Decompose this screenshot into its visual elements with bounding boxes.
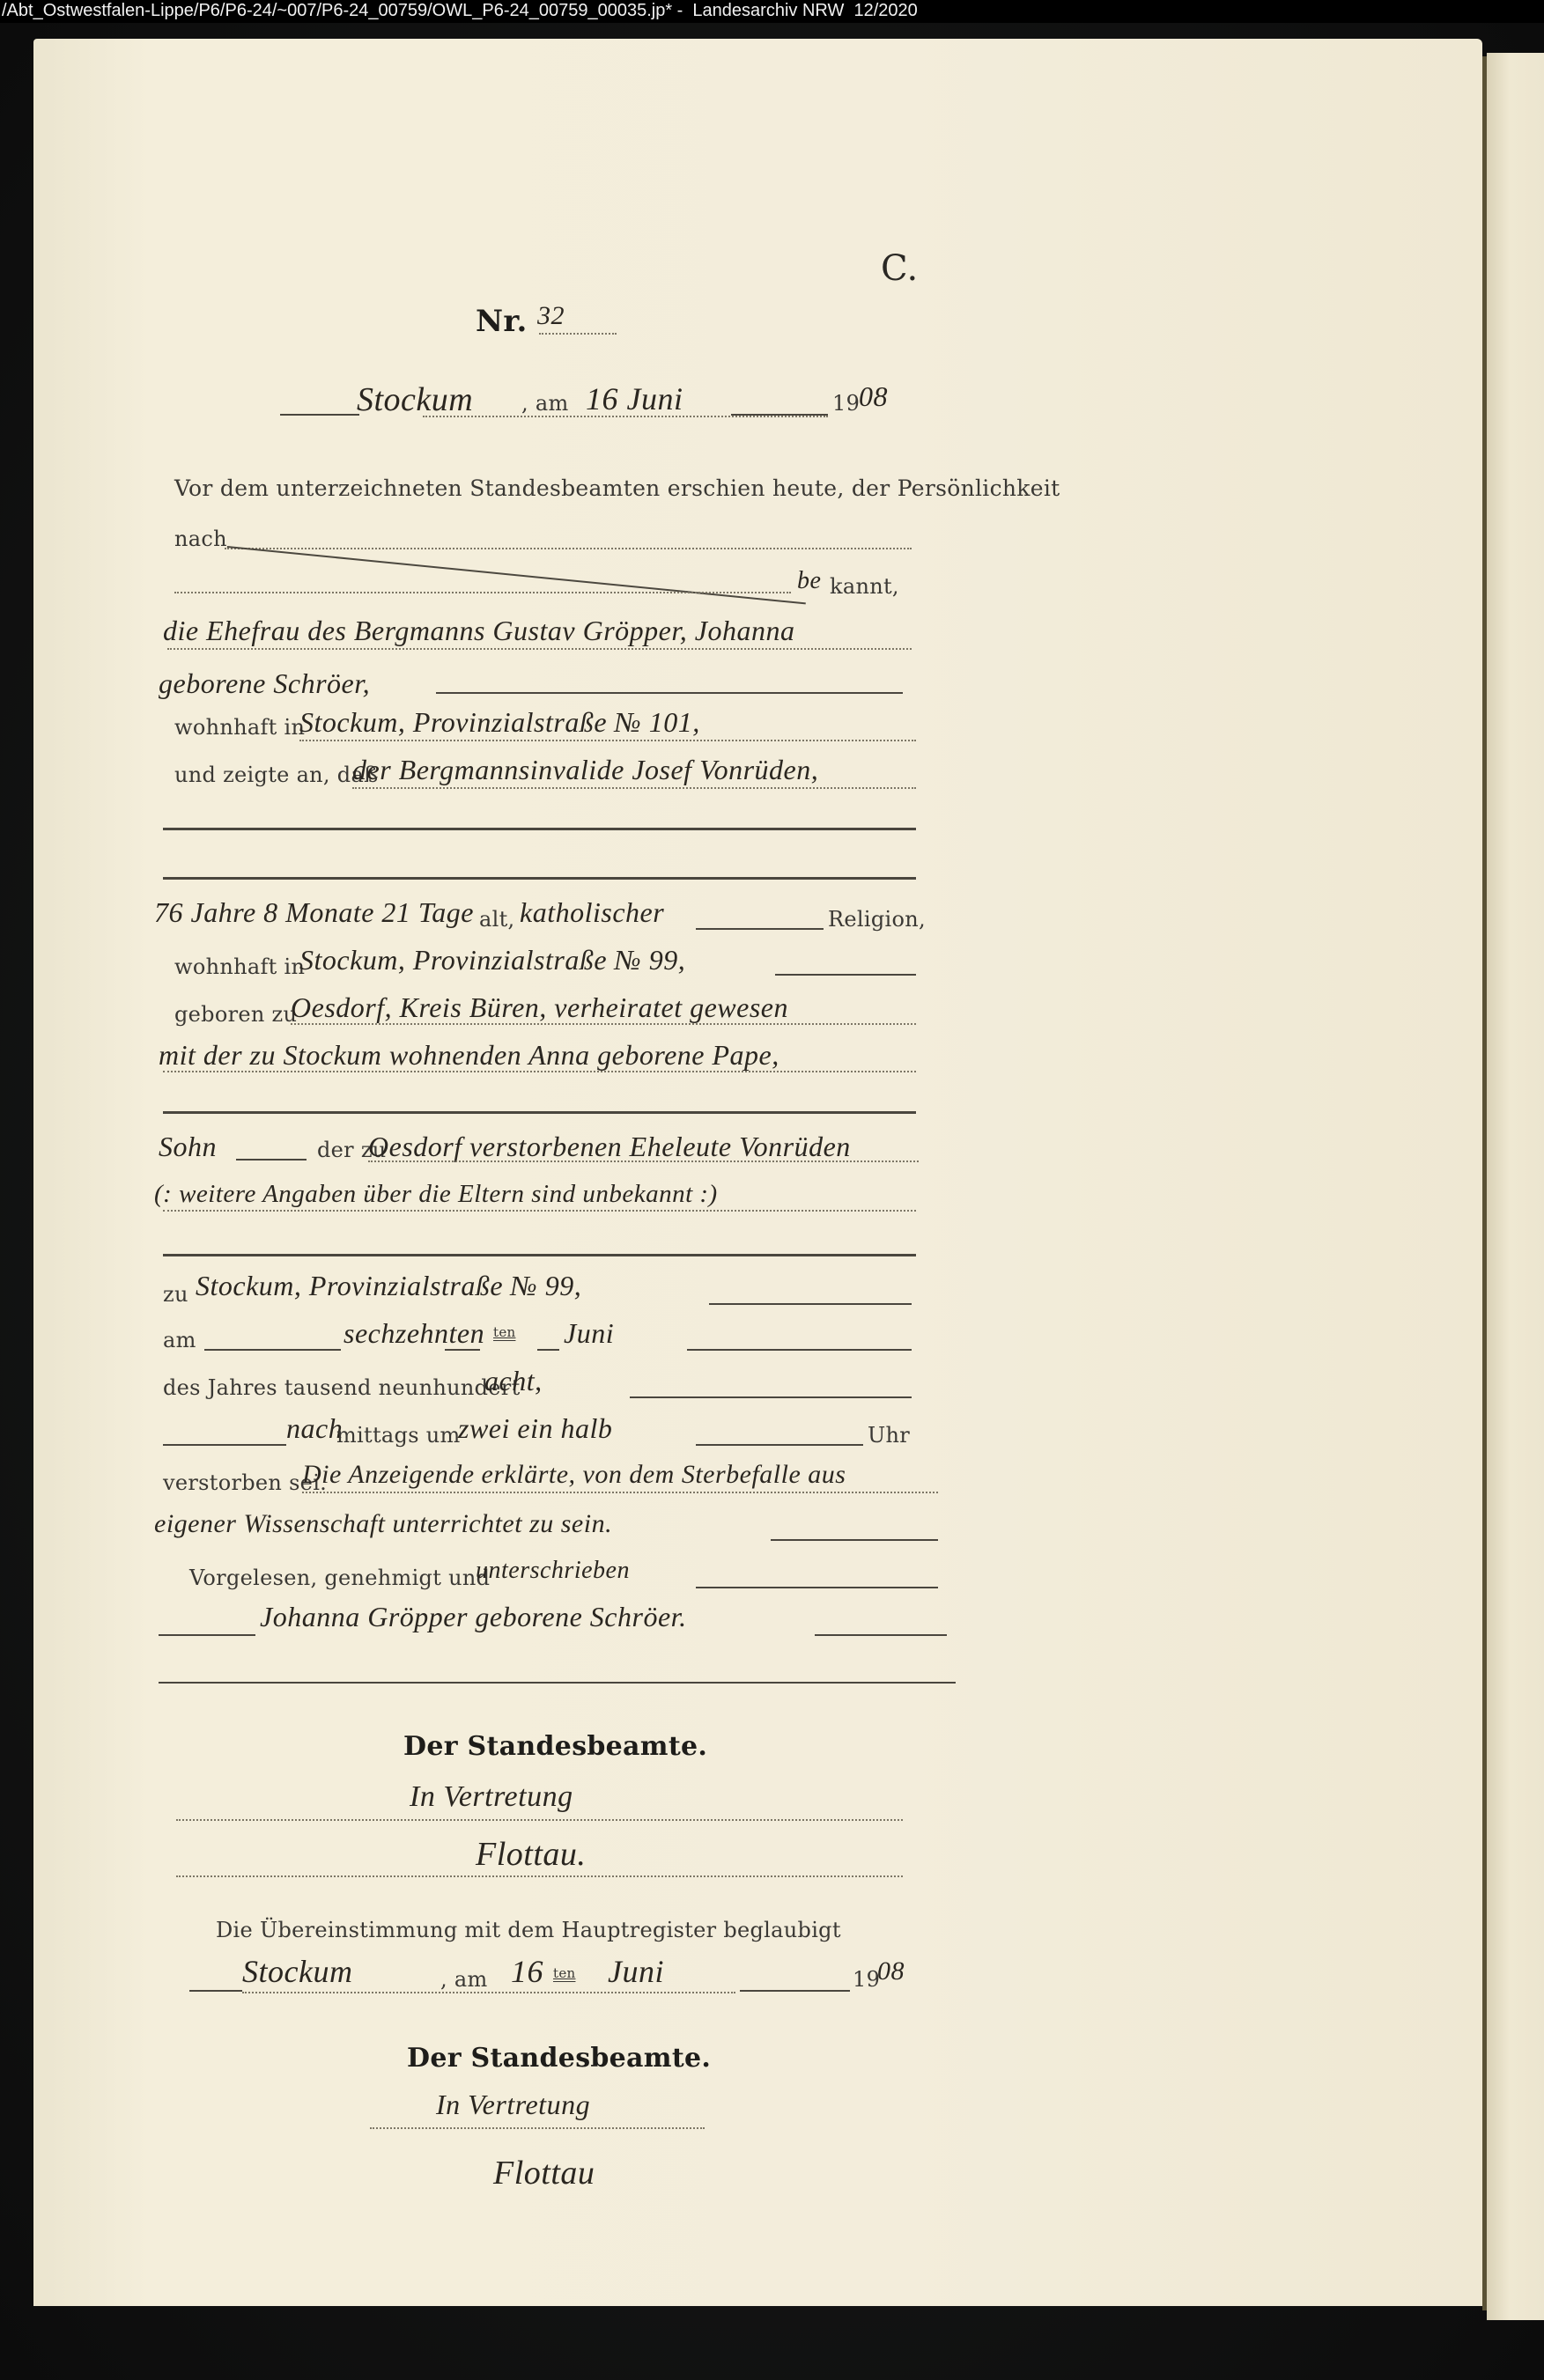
registrar2-signature-2: Flottau [493,2154,595,2192]
informant-line-2: geborene Schröer, [159,667,370,700]
uhr-label: Uhr [868,1423,910,1448]
time-value: zwei ein halb [458,1412,612,1445]
rule [696,1587,938,1588]
dotted-line [352,787,916,789]
rule [709,1303,912,1305]
cert-year-prefix: 19 [853,1967,880,1992]
dotted-line [163,1210,916,1212]
death-year-value: acht, [484,1365,543,1397]
cert-place: Stockum [242,1953,352,1990]
death-day-value: sechzehnten [344,1317,484,1350]
geboren-label: geboren zu [174,1002,297,1027]
remark-line-1: Die Anzeigende erklärte, von dem Sterbef… [302,1460,846,1490]
number-value: 32 [537,301,565,331]
rule [159,1682,956,1684]
dotted-line [370,2127,705,2129]
alt-label: alt, [479,907,514,932]
registrar-heading-2: Der Standesbeamte. [407,2043,711,2074]
vorgelesen-value: unterschrieben [476,1557,630,1585]
death-month-value: Juni [564,1317,614,1350]
cert-year-suffix: 08 [877,1956,905,1986]
dotted-line [176,1875,903,1877]
spouse-value: mit der zu Stockum wohnenden Anna gebore… [159,1039,779,1072]
rule [159,1634,255,1636]
rule [740,1990,850,1992]
ten-label: ten [493,1324,515,1340]
dotted-line [368,1161,919,1162]
registrar-signature-1: In Vertretung [410,1780,573,1814]
dotted-line [225,548,912,549]
dotted-line [299,740,916,741]
cert-am-label: , am [440,1967,488,1992]
informant-signature: Johanna Gröpper geborene Schröer. [260,1601,687,1633]
dotted-line [174,592,791,593]
bekannt-hand: be [797,567,821,595]
sohn-value: Sohn [159,1131,217,1163]
am-label: , am [521,391,569,416]
rule [163,1254,916,1256]
religion-value: katholischer [520,896,664,929]
intro-line: Vor dem unterzeichneten Standesbeamten e… [174,475,1060,501]
registrar2-signature-1: In Vertretung [436,2089,590,2121]
rule [163,828,916,830]
dotted-line [302,1492,938,1493]
rule [696,928,824,930]
mittags-label: mittags um [336,1423,461,1448]
birthplace-value: Oesdorf, Kreis Büren, verheiratet gewese… [291,991,788,1024]
book-gutter [1482,56,1487,2310]
cert-day: 16 [511,1953,543,1990]
dotted-line [291,1023,916,1025]
religion-label: Religion, [828,907,926,932]
certification-line: Die Übereinstimmung mit dem Hauptregiste… [216,1918,841,1942]
informant-line-1: die Ehefrau des Bergmanns Gustav Gröpper… [163,615,794,647]
rule [163,1111,916,1114]
wohnhaft2-label: wohnhaft in [174,954,305,979]
bekannt-label: kannt, [830,574,899,599]
rule [189,1990,242,1992]
parents-value: Oesdorf verstorbenen Eheleute Vonrüden [368,1131,851,1163]
place-value: Stockum [357,380,473,419]
rule [687,1349,912,1351]
dotted-line [539,333,617,335]
vorgelesen-label: Vorgelesen, genehmigt und [189,1566,490,1590]
year-prefix: 19 [832,391,860,416]
am-label: am [163,1328,196,1352]
dotted-line [176,1819,903,1821]
nach-label: nach [174,527,227,551]
dotted-line [163,1071,916,1072]
dotted-line [167,648,912,650]
time-prefix-value: nach [286,1412,343,1445]
rule [436,692,903,694]
deceased-intro: der Bergmannsinvalide Josef Vonrüden, [352,754,818,786]
year-suffix: 08 [859,380,888,413]
dotted-line [423,416,828,417]
rule [771,1539,938,1541]
rule [775,974,916,976]
wohnhaft-label: wohnhaft in [174,715,305,740]
adjacent-page-edge [1487,53,1544,2320]
rule [163,877,916,880]
rule [537,1349,559,1351]
rule [815,1634,947,1636]
rule [445,1349,480,1351]
deceased-residence: Stockum, Provinzialstraße № 99, [299,944,685,976]
number-label: Nr. [476,304,528,339]
cert-month: Juni [608,1953,664,1990]
parents-note: (: weitere Angaben über die Eltern sind … [154,1180,718,1209]
registrar-signature-2: Flottau. [476,1835,586,1874]
zu-label: zu [163,1282,188,1307]
dotted-line [242,1992,735,1993]
image-path-titlebar: /Abt_Ostwestfalen-Lippe/P6/P6-24/~007/P6… [0,0,1544,23]
rule [236,1159,307,1161]
rule [630,1396,912,1398]
jahres-label: des Jahres tausend neunhundert [163,1375,521,1400]
age-value: 76 Jahre 8 Monate 21 Tage [154,896,474,929]
death-place-value: Stockum, Provinzialstraße № 99, [196,1270,581,1302]
cert-ten-label: ten [553,1965,575,1981]
rule [204,1349,341,1351]
informant-residence: Stockum, Provinzialstraße № 101, [299,706,700,739]
rule [163,1444,286,1446]
remark-line-2: eigener Wissenschaft unterrichtet zu sei… [154,1509,612,1539]
rule [280,414,359,416]
registrar-heading: Der Standesbeamte. [403,1731,707,1762]
rule [696,1444,863,1446]
zeigte-label: und zeigte an, daß [174,763,378,787]
date-value: 16 Juni [586,380,683,417]
form-letter: C. [881,248,919,289]
